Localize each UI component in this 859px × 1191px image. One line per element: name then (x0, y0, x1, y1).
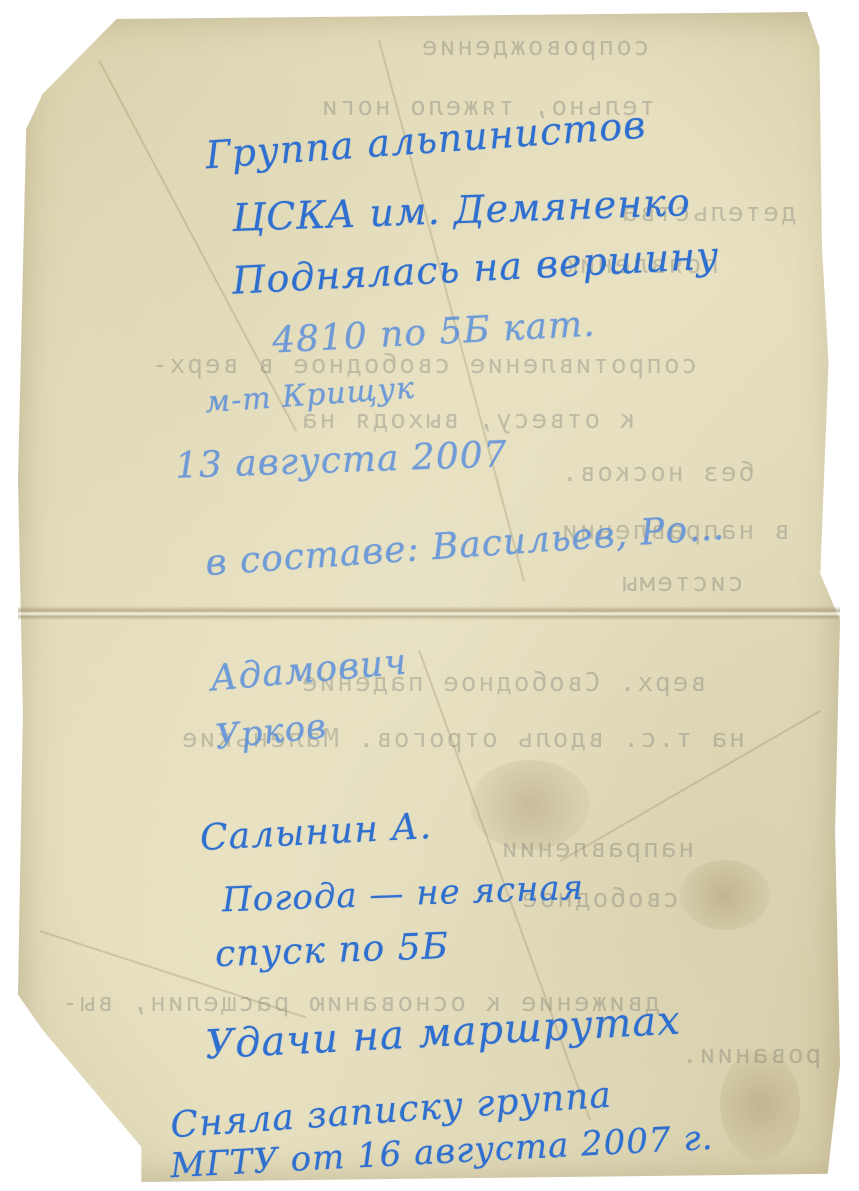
stain (680, 860, 770, 930)
typed-line: ровании. (680, 1040, 821, 1070)
typed-line: системы (620, 568, 744, 598)
typed-line: без носков. (560, 458, 754, 488)
handwritten-line: спуск по 5Б (214, 926, 449, 975)
horizontal-fold (18, 606, 840, 620)
typed-line: направлении (500, 834, 694, 864)
typed-line: сопротивление свободное в верх- (150, 350, 697, 380)
typed-line: сопровождение (420, 32, 650, 62)
